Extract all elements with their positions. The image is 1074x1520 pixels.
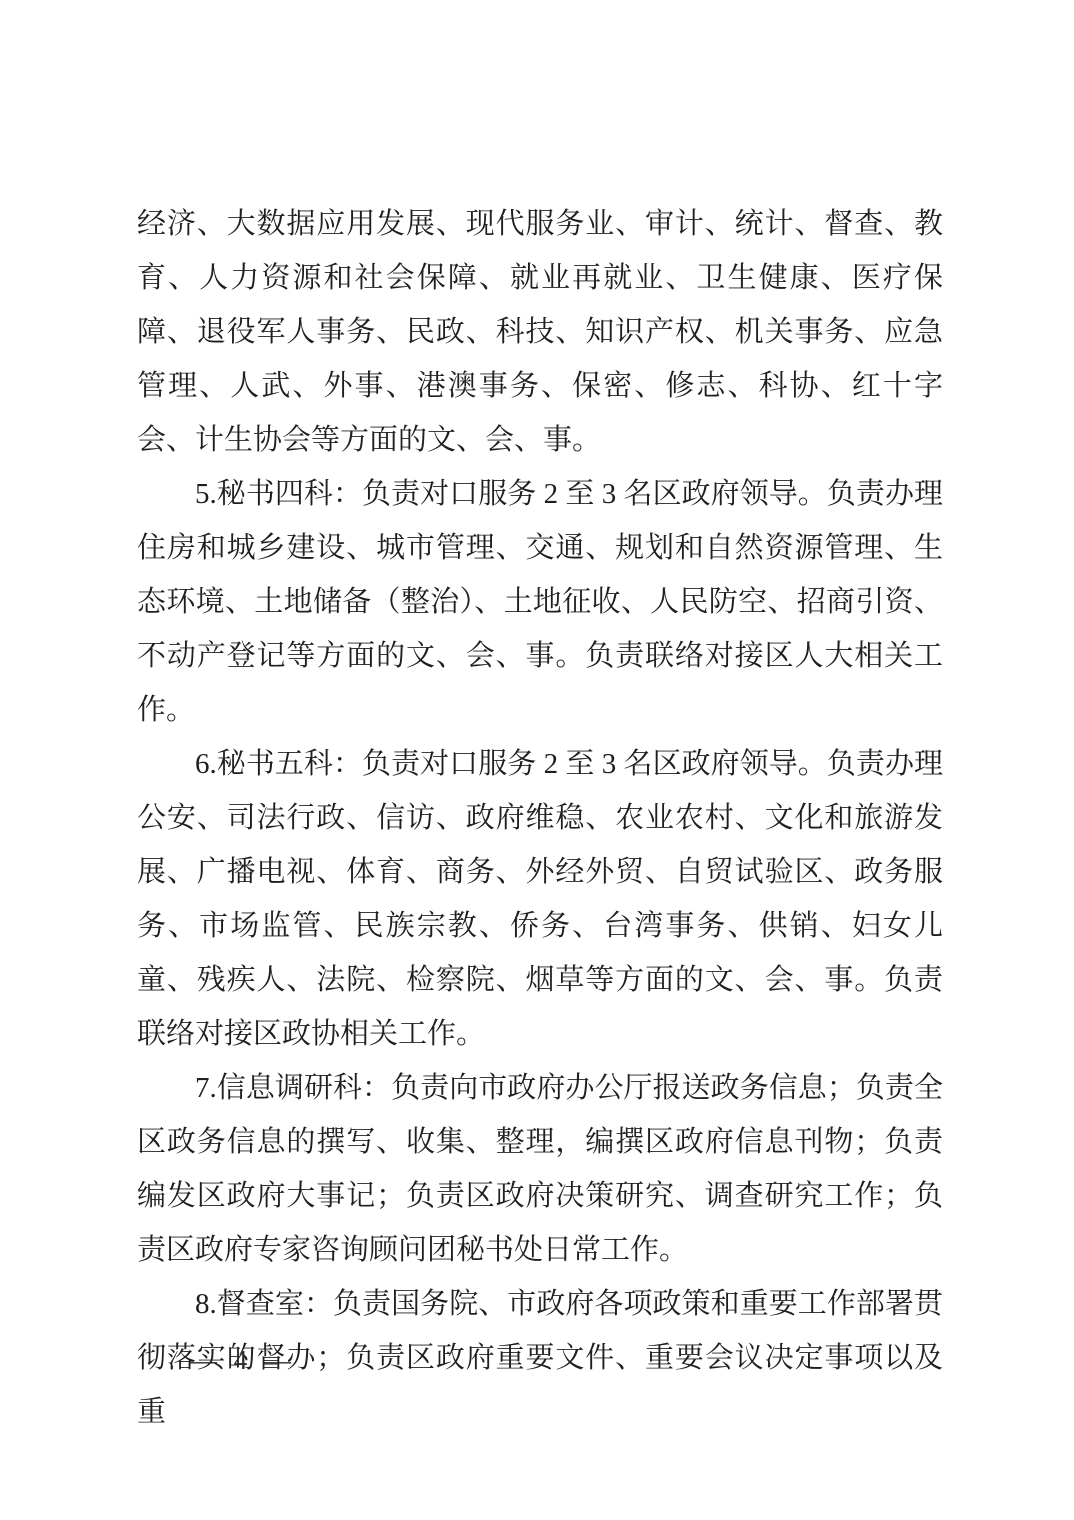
page-number: — 4 —: [190, 1342, 296, 1378]
paragraph-continuation: 经济、大数据应用发展、现代服务业、审计、统计、督查、教育、人力资源和社会保障、就…: [137, 197, 943, 467]
document-body: 经济、大数据应用发展、现代服务业、审计、统计、督查、教育、人力资源和社会保障、就…: [137, 197, 943, 1439]
paragraph-secretary-section-five: 6.秘书五科：负责对口服务 2 至 3 名区政府领导。负责办理公安、司法行政、信…: [137, 737, 943, 1061]
paragraph-information-research-section: 7.信息调研科：负责向市政府办公厅报送政务信息；负责全区政务信息的撰写、收集、整…: [137, 1061, 943, 1277]
document-page: 经济、大数据应用发展、现代服务业、审计、统计、督查、教育、人力资源和社会保障、就…: [0, 0, 1074, 1520]
paragraph-secretary-section-four: 5.秘书四科：负责对口服务 2 至 3 名区政府领导。负责办理住房和城乡建设、城…: [137, 467, 943, 737]
